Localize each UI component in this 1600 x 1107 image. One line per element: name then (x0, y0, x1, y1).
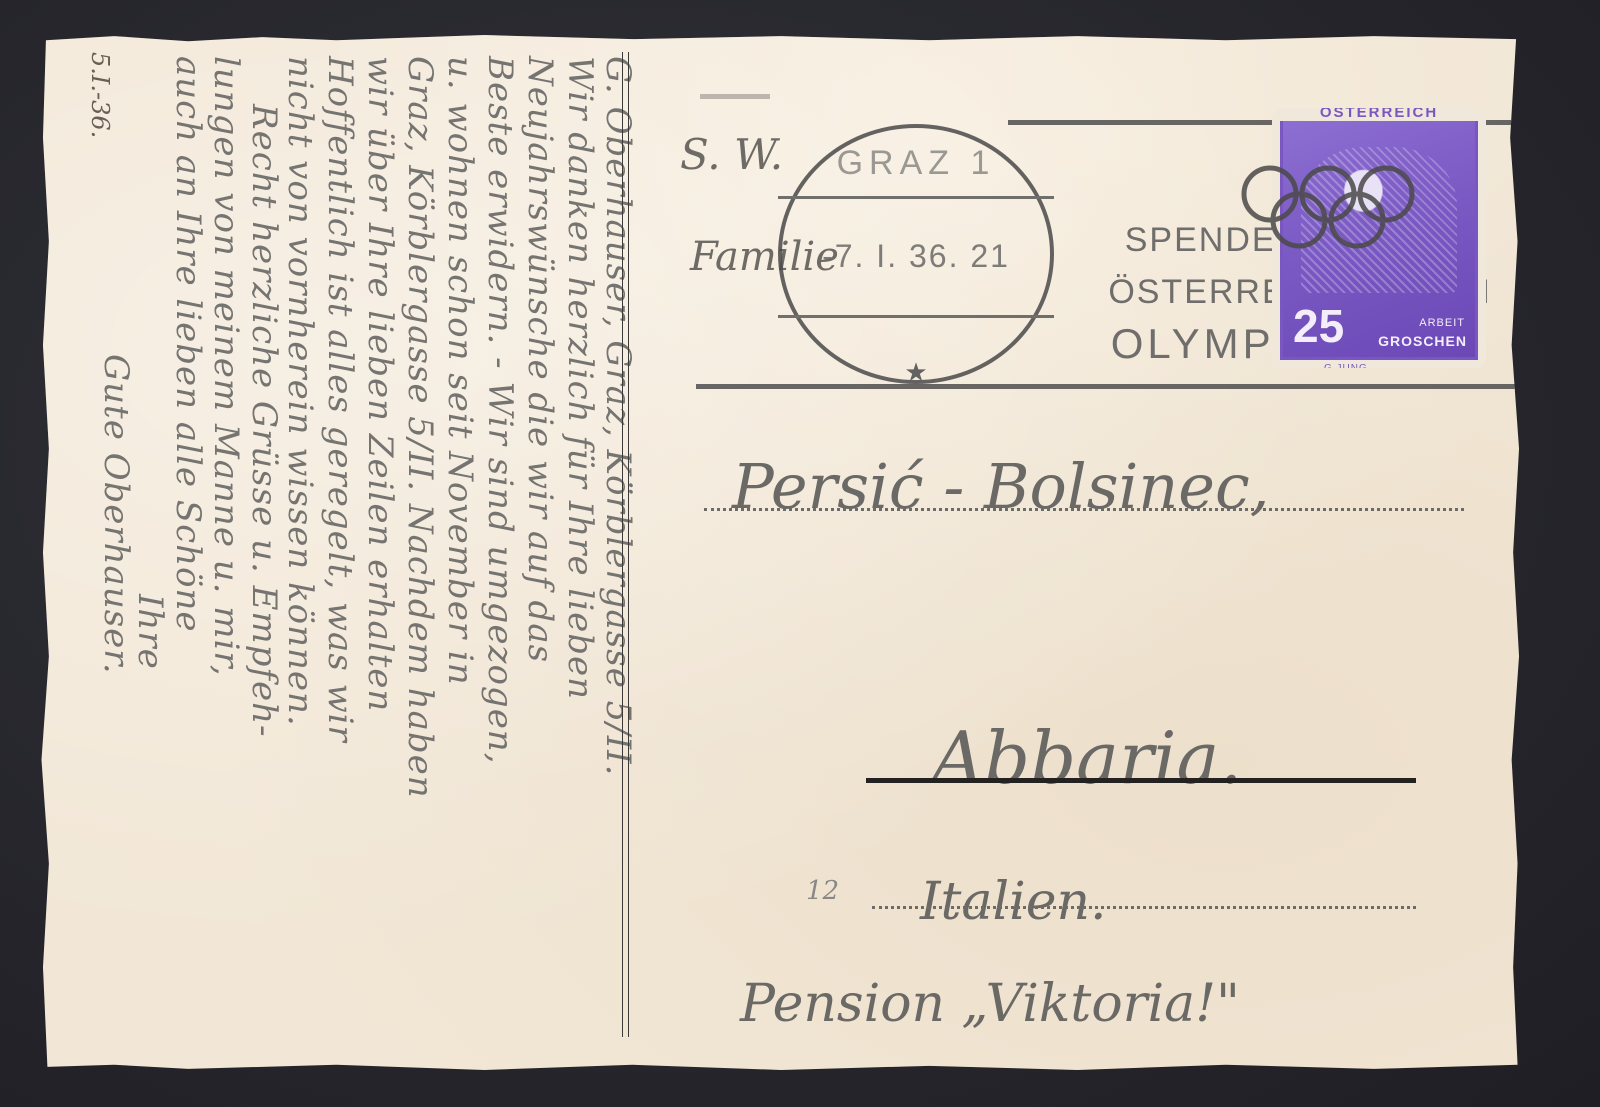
postmark-date: -7. I. 36. 21 (782, 238, 1050, 275)
postmark: GRAZ 1 -7. I. 36. 21 ★ (778, 124, 1054, 384)
recipient-city: Abbaria. (932, 716, 1242, 800)
message-closing: Ihre (130, 594, 170, 670)
star-icon: ★ (782, 358, 1050, 388)
postmark-city: GRAZ 1 (782, 144, 1050, 183)
message-line: Recht herzliche Grüsse u. Empfeh- (244, 104, 284, 738)
address-line-3 (872, 906, 1416, 909)
message-line: wir über Ihre lieben Zeilen erhalten (360, 56, 400, 712)
recipient-country: Italien. (920, 872, 1107, 932)
message-line: Hoffentlich ist alles geregelt, was wir (320, 56, 360, 743)
message-line: lungen von meinem Manne u. mir, (206, 56, 246, 677)
address-line-city-underline (866, 778, 1416, 783)
message-line: Beste erwidern. - Wir sind umgezogen, (480, 56, 520, 765)
message-line: Graz, Körblergasse 5/II. Nachdem haben (400, 56, 440, 799)
recipient-detail: Pension „Viktoria!" (740, 974, 1240, 1034)
cancel-bar (700, 94, 770, 99)
message-line: G. Oberhauser, Graz, Körblergasse 5/II. (598, 56, 638, 776)
stamp-subtitle: ARBEIT (1419, 317, 1465, 329)
message-line: Neujahrswünsche die wir auf das (520, 56, 560, 663)
stamp-value: 25 (1293, 303, 1344, 349)
olympic-rings-icon (1236, 162, 1476, 252)
center-divider (622, 52, 629, 1037)
stamp-unit: GROSCHEN (1378, 333, 1467, 349)
message-line: auch an Ihre lieben alle Schöne (168, 56, 208, 633)
message-line: u. wohnen schon seit November in (440, 56, 480, 686)
address-line-1 (704, 508, 1464, 511)
message-side: 5.I.-36. G. Oberhauser, Graz, Körblergas… (40, 34, 640, 1071)
message-line: nicht von vornherein wissen können. (280, 56, 320, 727)
message-line: Wir danken herzlich für Ihre lieben (560, 56, 600, 700)
date-note: 5.I.-36. (86, 52, 114, 138)
salutation: S. W. (680, 130, 783, 179)
postcard: 5.I.-36. G. Oberhauser, Graz, Körblergas… (40, 34, 1522, 1071)
message-signature: Gute Oberhauser. (96, 354, 136, 675)
pencil-note: 12 (806, 876, 839, 906)
stamp-country: ÖSTERREICH (1272, 104, 1486, 121)
recipient-name: Persić - Bolsinec, (732, 450, 1269, 523)
